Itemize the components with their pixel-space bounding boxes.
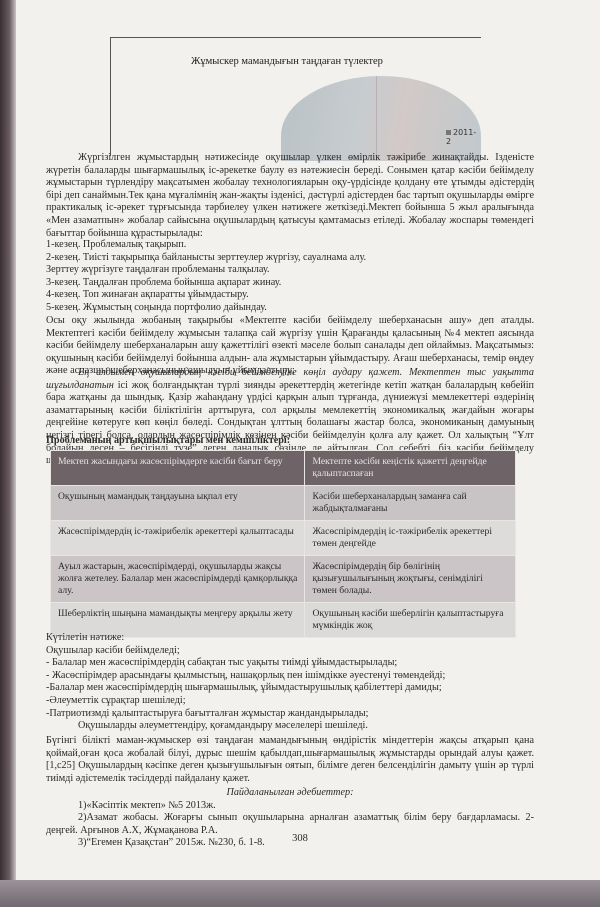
table-row: Ауыл жастарын, жасөспірімдерді, оқушылар… bbox=[51, 556, 516, 603]
table-header-cell: Мектепте кәсіби кеңістік қажетті деңгейд… bbox=[305, 451, 516, 486]
table-cell: Кәсіби шеберханалардың заманға сай жабды… bbox=[305, 486, 516, 521]
book-binding-shadow bbox=[0, 0, 16, 907]
stage-item: 4-кезең. Топ жинаған ақпаратты ұйымдасты… bbox=[46, 289, 534, 302]
result-item: - Балалар мен жасөспірімдердің сабақтан … bbox=[46, 657, 534, 670]
result-item: -Патриотизмді қалыптастыруға бағытталған… bbox=[46, 708, 534, 721]
result-item: -Балалар мен жасөспірімдердің шығармашыл… bbox=[46, 682, 534, 695]
final-paragraph: Бүгінгі білікті маман-жұмыскер өзі таңда… bbox=[46, 735, 534, 785]
stage-item: 2-кезең. Тиісті тақырыпқа байланысты зер… bbox=[46, 252, 534, 265]
scan-bottom-edge bbox=[0, 880, 600, 907]
results-closing-line: Оқушыларды әлеуметтендіру, қоғамдандыру … bbox=[46, 720, 534, 733]
table-row: Жасөспірімдердің іс-тәжірибелік әрекетте… bbox=[51, 521, 516, 556]
table-row: Оқушының мамандық таңдауына ықпал ету Кә… bbox=[51, 486, 516, 521]
table-cell: Оқушының мамандық таңдауына ықпал ету bbox=[51, 486, 305, 521]
table-cell: Жасөспірімдердің іс-тәжірибелік әрекетте… bbox=[305, 521, 516, 556]
table-heading: Проблеманың артықшылықтары мен кемшілікт… bbox=[46, 435, 534, 448]
chart-title: Жұмыскер мамандығын таңдаған түлектер bbox=[191, 56, 383, 67]
table-cell: Ауыл жастарын, жасөспірімдерді, оқушылар… bbox=[51, 556, 305, 603]
stages-list: 1-кезең. Проблемалық тақырып. 2-кезең. Т… bbox=[46, 239, 534, 315]
pie-slice-divider bbox=[376, 76, 377, 161]
pie-chart-slices bbox=[281, 76, 481, 161]
page-number: 308 bbox=[0, 833, 600, 844]
pros-cons-table: Мектеп жасындағы жасөспірімдерге кәсіби … bbox=[50, 450, 516, 638]
references-title: Пайдаланылған әдебиеттер: bbox=[46, 787, 534, 800]
chart-legend: 2011-2 bbox=[446, 128, 481, 146]
stage-item: 3-кезең. Таңдалған проблема бойынша ақпа… bbox=[46, 277, 534, 290]
result-item: - Жасөспірімдер арасындағы қылмыстың, на… bbox=[46, 670, 534, 683]
table-cell: Жасөспірімдердің іс-тәжірибелік әрекетте… bbox=[51, 521, 305, 556]
stage-item: Зерттеу жүргізуге таңдалған проблеманы т… bbox=[46, 264, 534, 277]
stage-item: 1-кезең. Проблемалық тақырып. bbox=[46, 239, 534, 252]
legend-swatch-icon bbox=[446, 130, 451, 135]
table-cell: Жасөспірімдердің бір бөлігінің қызығушыл… bbox=[305, 556, 516, 603]
reference-item: 1)«Кәсіптік мектеп» №5 2013ж. bbox=[46, 800, 534, 813]
pie-chart: Жұмыскер мамандығын таңдаған түлектер 20… bbox=[110, 37, 481, 156]
table-header-row: Мектеп жасындағы жасөспірімдерге кәсіби … bbox=[51, 451, 516, 486]
table-header-cell: Мектеп жасындағы жасөспірімдерге кәсіби … bbox=[51, 451, 305, 486]
result-item: -Әлеуметтік сұрақтар шешіледі; bbox=[46, 695, 534, 708]
stage-item: 5-кезең. Жұмыстың соңында портфолио дайы… bbox=[46, 302, 534, 315]
intro-paragraph: Жүргізілген жұмыстардың нәтижесінде оқуш… bbox=[46, 152, 534, 240]
expected-results: Күтілетін нәтиже: Оқушылар кәсіби бейімд… bbox=[46, 632, 534, 733]
result-item: Оқушылар кәсіби бейімделеді; bbox=[46, 645, 534, 658]
results-title: Күтілетін нәтиже: bbox=[46, 632, 534, 645]
